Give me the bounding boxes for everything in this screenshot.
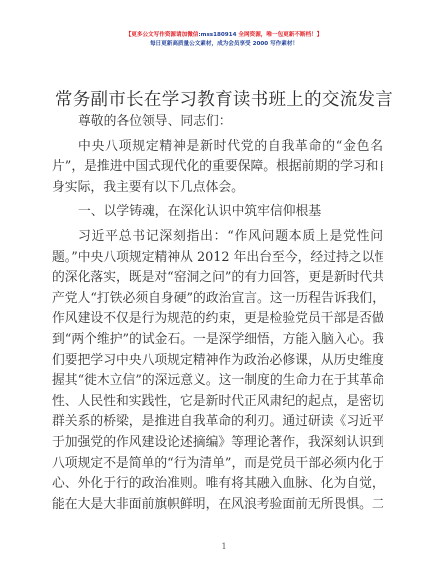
- paragraph-line: 能在大是大非面前旗帜鲜明，在风浪考验面前无所畏惧。二是: [52, 495, 383, 516]
- paragraph-2: 习近平总书记深刻指出：“作风问题本质上是党性问 题。”中央八项规定精神从 201…: [52, 227, 383, 515]
- paragraph-1: 中央八项规定精神是新时代党的自我革命的“金色名 片”，是推进中国式现代化的重要保…: [52, 137, 383, 199]
- promo-banner-line2: 每日更新高质量公文素材，成为会员享受 2000 写作素材！: [0, 40, 448, 49]
- paragraph-line: 题。”中央八项规定精神从 2012 年出台至今，经过持之以恒: [52, 248, 383, 269]
- promo-wechat-id: :mss180914: [198, 32, 236, 38]
- paragraph-line: 身实际，我主要有以下几点体会。: [52, 178, 383, 199]
- document-body: 尊敬的各位领导、同志们： 中央八项规定精神是新时代党的自我革命的“金色名 片”，…: [52, 112, 383, 515]
- paragraph-line: 握其“徙木立信”的深远意义。这一制度的生命力在于其革命: [52, 371, 383, 392]
- paragraph-line: 性、人民性和实践性，它是新时代正风肃纪的起点，是密切党: [52, 392, 383, 413]
- section-heading-1: 一、以学铸魂，在深化认识中筑牢信仰根基: [52, 202, 383, 223]
- paragraph-line: 的深化落实，既是对“窑洞之问”的有力回答，更是新时代共: [52, 268, 383, 289]
- promo-text-part1: 【更多公文写作资源请加微信: [126, 32, 199, 38]
- promo-banner: 【更多公文写作资源请加微信:mss180914 全网资源，唯一包更新不断档！】 …: [0, 31, 448, 49]
- paragraph-line: 片”，是推进中国式现代化的重要保障。根据前期的学习和自: [52, 157, 383, 178]
- paragraph-line: 中央八项规定精神是新时代党的自我革命的“金色名: [52, 137, 383, 158]
- paragraph-line: 心、外化于行的政治准则。唯有将其融入血脉、化为自觉，才: [52, 474, 383, 495]
- document-title: 常务副市长在学习教育读书班上的交流发言: [0, 89, 448, 111]
- paragraph-line: 群关系的桥梁，是推进自我革命的利刃。通过研读《习近平关: [52, 412, 383, 433]
- paragraph-line: 们要把学习中央八项规定精神作为政治必修课，从历史维度把: [52, 351, 383, 372]
- paragraph-line: 八项规定不是简单的“行为清单”，而是党员干部必须内化于: [52, 454, 383, 475]
- greeting: 尊敬的各位领导、同志们：: [52, 112, 383, 133]
- paragraph-line: 产党人“打铁必须自身硬”的政治宣言。这一历程告诉我们，: [52, 289, 383, 310]
- paragraph-line: 于加强党的作风建设论述摘编》等理论著作，我深刻认识到，: [52, 433, 383, 454]
- promo-text-part2: 全网资源，唯一包更新不断档！】: [238, 32, 322, 38]
- paragraph-line: 习近平总书记深刻指出：“作风问题本质上是党性问: [52, 227, 383, 248]
- paragraph-line: 作风建设不仅是行为规范的约束，更是检验党员干部是否做: [52, 309, 383, 330]
- promo-banner-line1: 【更多公文写作资源请加微信:mss180914 全网资源，唯一包更新不断档！】: [0, 31, 448, 40]
- paragraph-line: 到“两个维护”的试金石。一是深学细悟，方能入脑入心。我: [52, 330, 383, 351]
- page-number: 1: [0, 542, 448, 551]
